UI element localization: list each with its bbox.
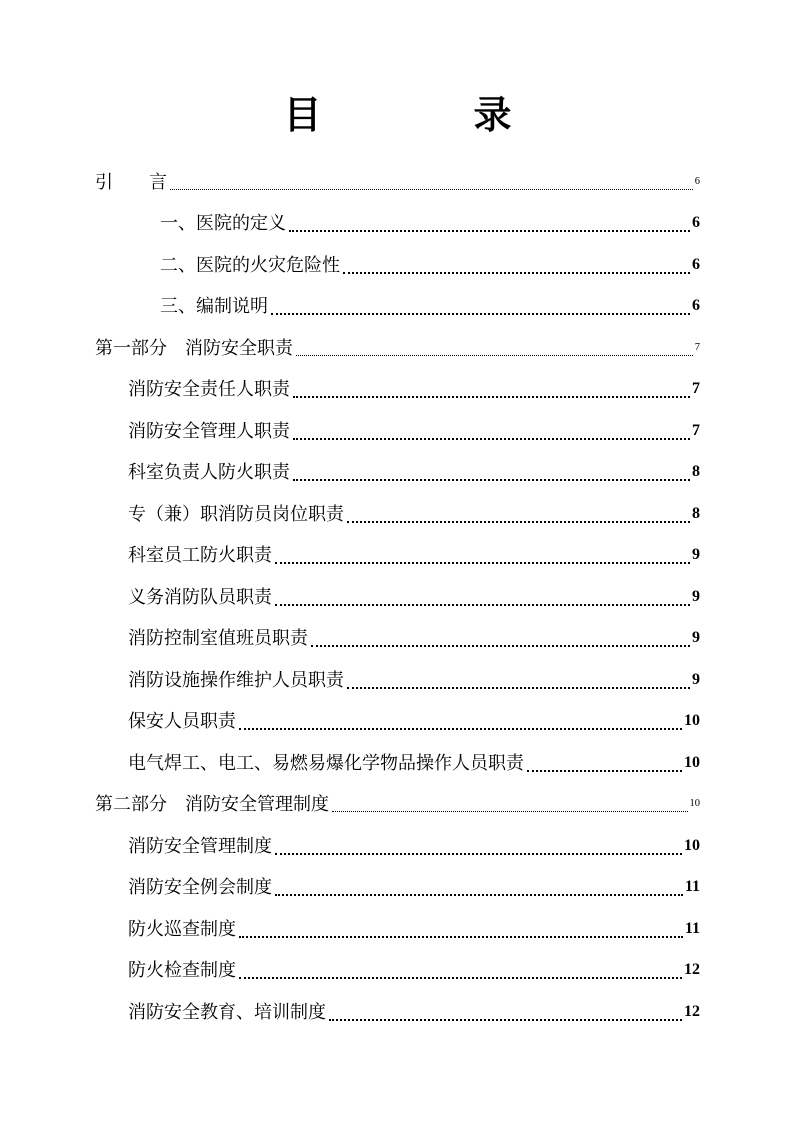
toc-entry-page: 9 <box>692 547 700 563</box>
toc-entry-page: 6 <box>695 177 700 188</box>
toc-entry-label: 第一部分 消防安全职责 <box>95 339 293 357</box>
toc-entry[interactable]: 第二部分 消防安全管理制度 10 <box>95 784 700 826</box>
toc-entry[interactable]: 消防安全管理人职责 7 <box>95 410 700 452</box>
toc-entry-label: 引 言 <box>95 173 167 191</box>
toc-entry-label: 科室负责人防火职责 <box>128 463 290 481</box>
toc-entry-page: 6 <box>692 215 700 231</box>
toc-entry-page: 8 <box>692 506 700 522</box>
toc-entry-page: 7 <box>695 343 700 354</box>
dot-leader <box>332 811 688 812</box>
dot-leader <box>311 645 690 647</box>
toc-entry-label: 科室员工防火职责 <box>128 546 272 564</box>
toc-entry-label: 消防设施操作维护人员职责 <box>128 671 344 689</box>
toc-entry[interactable]: 专（兼）职消防员岗位职责 8 <box>95 493 700 535</box>
toc-entry[interactable]: 防火检查制度 12 <box>95 950 700 992</box>
toc-entry-page: 11 <box>685 879 700 895</box>
toc-entry-page: 12 <box>684 1004 700 1020</box>
dot-leader <box>239 936 683 938</box>
document-page: 目 录 引 言 6 一、医院的定义 6 二、医院的火灾危险性 6 三、编制说明 … <box>0 0 794 1123</box>
toc-entry[interactable]: 科室员工防火职责 9 <box>95 535 700 577</box>
dot-leader <box>343 272 690 274</box>
dot-leader <box>275 894 683 896</box>
dot-leader <box>296 355 693 356</box>
dot-leader <box>347 687 690 689</box>
dot-leader <box>271 313 690 315</box>
toc-entry[interactable]: 消防安全责任人职责 7 <box>95 369 700 411</box>
dot-leader <box>275 562 690 564</box>
toc-entry[interactable]: 保安人员职责 10 <box>95 701 700 743</box>
toc-entry-page: 10 <box>690 799 701 810</box>
toc-entry-label: 消防安全教育、培训制度 <box>128 1003 326 1021</box>
toc-entry-page: 9 <box>692 672 700 688</box>
dot-leader <box>527 770 682 772</box>
toc-entry[interactable]: 引 言 6 <box>95 161 700 203</box>
toc-entry-label: 义务消防队员职责 <box>128 588 272 606</box>
toc-entry[interactable]: 三、编制说明 6 <box>95 286 700 328</box>
toc-entry[interactable]: 消防设施操作维护人员职责 9 <box>95 659 700 701</box>
dot-leader <box>239 728 682 730</box>
toc-entry-page: 6 <box>692 298 700 314</box>
toc-entry[interactable]: 消防控制室值班员职责 9 <box>95 618 700 660</box>
dot-leader <box>275 604 690 606</box>
dot-leader <box>170 189 693 190</box>
toc-entry-page: 6 <box>692 257 700 273</box>
toc-entry[interactable]: 义务消防队员职责 9 <box>95 576 700 618</box>
toc-entry-label: 消防控制室值班员职责 <box>128 629 308 647</box>
toc-entry-page: 10 <box>684 713 700 729</box>
toc-entry-label: 消防安全管理制度 <box>128 837 272 855</box>
toc-entry-page: 8 <box>692 464 700 480</box>
toc-entry[interactable]: 消防安全例会制度 11 <box>95 867 700 909</box>
toc-entry[interactable]: 二、医院的火灾危险性 6 <box>95 244 700 286</box>
toc-entry-page: 7 <box>692 381 700 397</box>
toc-list: 引 言 6 一、医院的定义 6 二、医院的火灾危险性 6 三、编制说明 6 第一… <box>95 161 700 1033</box>
dot-leader <box>293 479 690 481</box>
toc-entry-page: 11 <box>685 921 700 937</box>
dot-leader <box>293 396 690 398</box>
toc-entry[interactable]: 科室负责人防火职责 8 <box>95 452 700 494</box>
toc-entry-page: 7 <box>692 423 700 439</box>
toc-entry[interactable]: 一、医院的定义 6 <box>95 203 700 245</box>
toc-entry-label: 第二部分 消防安全管理制度 <box>95 795 329 813</box>
toc-entry[interactable]: 电气焊工、电工、易燃易爆化学物品操作人员职责 10 <box>95 742 700 784</box>
toc-entry-label: 三、编制说明 <box>160 297 268 315</box>
toc-entry-label: 电气焊工、电工、易燃易爆化学物品操作人员职责 <box>128 754 524 772</box>
dot-leader <box>329 1019 682 1021</box>
dot-leader <box>239 977 682 979</box>
toc-entry-label: 专（兼）职消防员岗位职责 <box>128 505 344 523</box>
dot-leader <box>275 853 682 855</box>
dot-leader <box>293 438 690 440</box>
toc-entry-label: 消防安全责任人职责 <box>128 380 290 398</box>
dot-leader <box>289 230 690 232</box>
toc-entry-page: 10 <box>684 838 700 854</box>
toc-entry[interactable]: 第一部分 消防安全职责 7 <box>95 327 700 369</box>
toc-entry-page: 9 <box>692 630 700 646</box>
toc-entry-label: 一、医院的定义 <box>160 214 286 232</box>
toc-entry-label: 防火检查制度 <box>128 961 236 979</box>
dot-leader <box>347 521 690 523</box>
toc-entry-label: 防火巡查制度 <box>128 920 236 938</box>
toc-entry-page: 12 <box>684 962 700 978</box>
toc-entry[interactable]: 消防安全管理制度 10 <box>95 825 700 867</box>
toc-entry-label: 保安人员职责 <box>128 712 236 730</box>
toc-entry-label: 消防安全例会制度 <box>128 878 272 896</box>
toc-entry[interactable]: 防火巡查制度 11 <box>95 908 700 950</box>
toc-entry-page: 10 <box>684 755 700 771</box>
toc-entry[interactable]: 消防安全教育、培训制度 12 <box>95 991 700 1033</box>
toc-entry-label: 二、医院的火灾危险性 <box>160 256 340 274</box>
toc-entry-label: 消防安全管理人职责 <box>128 422 290 440</box>
toc-entry-page: 9 <box>692 589 700 605</box>
page-title: 目 录 <box>95 92 700 140</box>
